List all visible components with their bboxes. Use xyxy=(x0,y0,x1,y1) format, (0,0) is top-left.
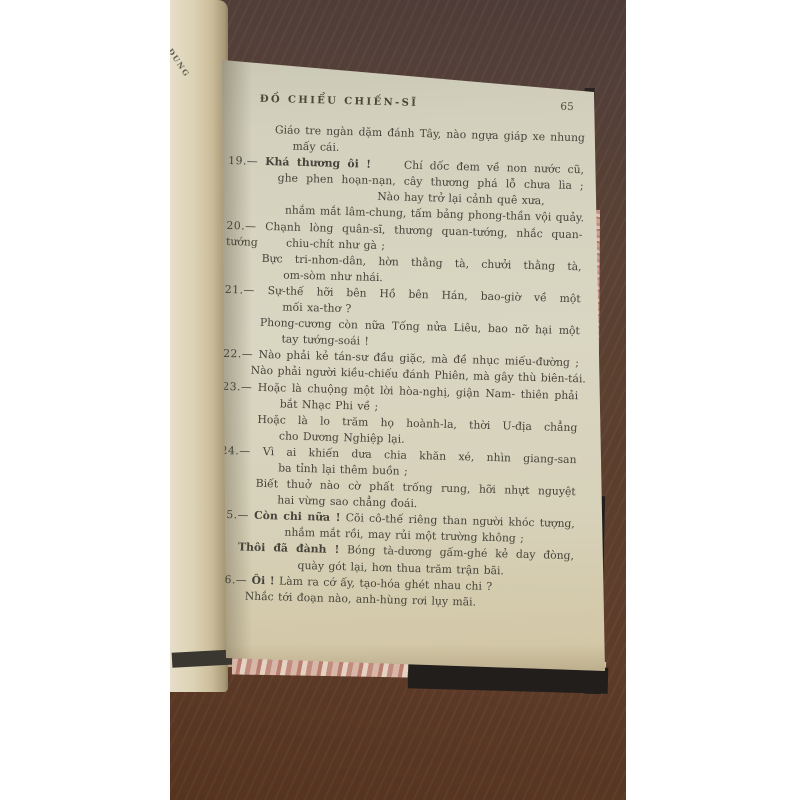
page-content: ĐỒ CHIỂU CHIẾN-SĨ 65 Giáo tre ngàn dặm đ… xyxy=(217,92,586,613)
verse-gap xyxy=(378,167,404,169)
poem-text: Giáo tre ngàn dặm đánh Tây, nào ngựa giá… xyxy=(217,121,586,613)
book-page: ĐỒ CHIỂU CHIẾN-SĨ 65 Giáo tre ngàn dặm đ… xyxy=(210,52,608,678)
verse-lead-bold: Thôi đã đành ! xyxy=(238,541,340,557)
previous-page-curl: VĂN DUNG bản-bộc Tra-ang xyxy=(170,0,228,692)
running-title: ĐỒ CHIỂU CHIẾN-SĨ xyxy=(260,94,419,109)
canvas-background: VĂN DUNG bản-bộc Tra-ang ĐỒ CHIỂU CHIẾN-… xyxy=(0,0,800,800)
verse-number: 23.— xyxy=(222,379,252,393)
previous-page-diagonal-text: VĂN DUNG bản-bộc Tra-ang xyxy=(170,24,231,184)
page-number: 65 xyxy=(560,101,586,114)
verse-lead-bold: Khá thương ôi ! xyxy=(265,155,371,171)
verse-lead-bold: Còn chi nữa ! xyxy=(254,509,341,524)
running-header: ĐỒ CHIỂU CHIẾN-SĨ 65 xyxy=(230,92,586,119)
verse-lead-bold: Ôi ! xyxy=(251,573,274,587)
verse-number: 22.— xyxy=(223,347,253,361)
verse-number: 19.— xyxy=(228,154,258,168)
book-photo: VĂN DUNG bản-bộc Tra-ang ĐỒ CHIỂU CHIẾN-… xyxy=(170,0,626,800)
verse-number: 24.— xyxy=(220,444,250,458)
verse-number: 21.— xyxy=(225,283,255,297)
verse-number: 20.— xyxy=(226,219,256,233)
